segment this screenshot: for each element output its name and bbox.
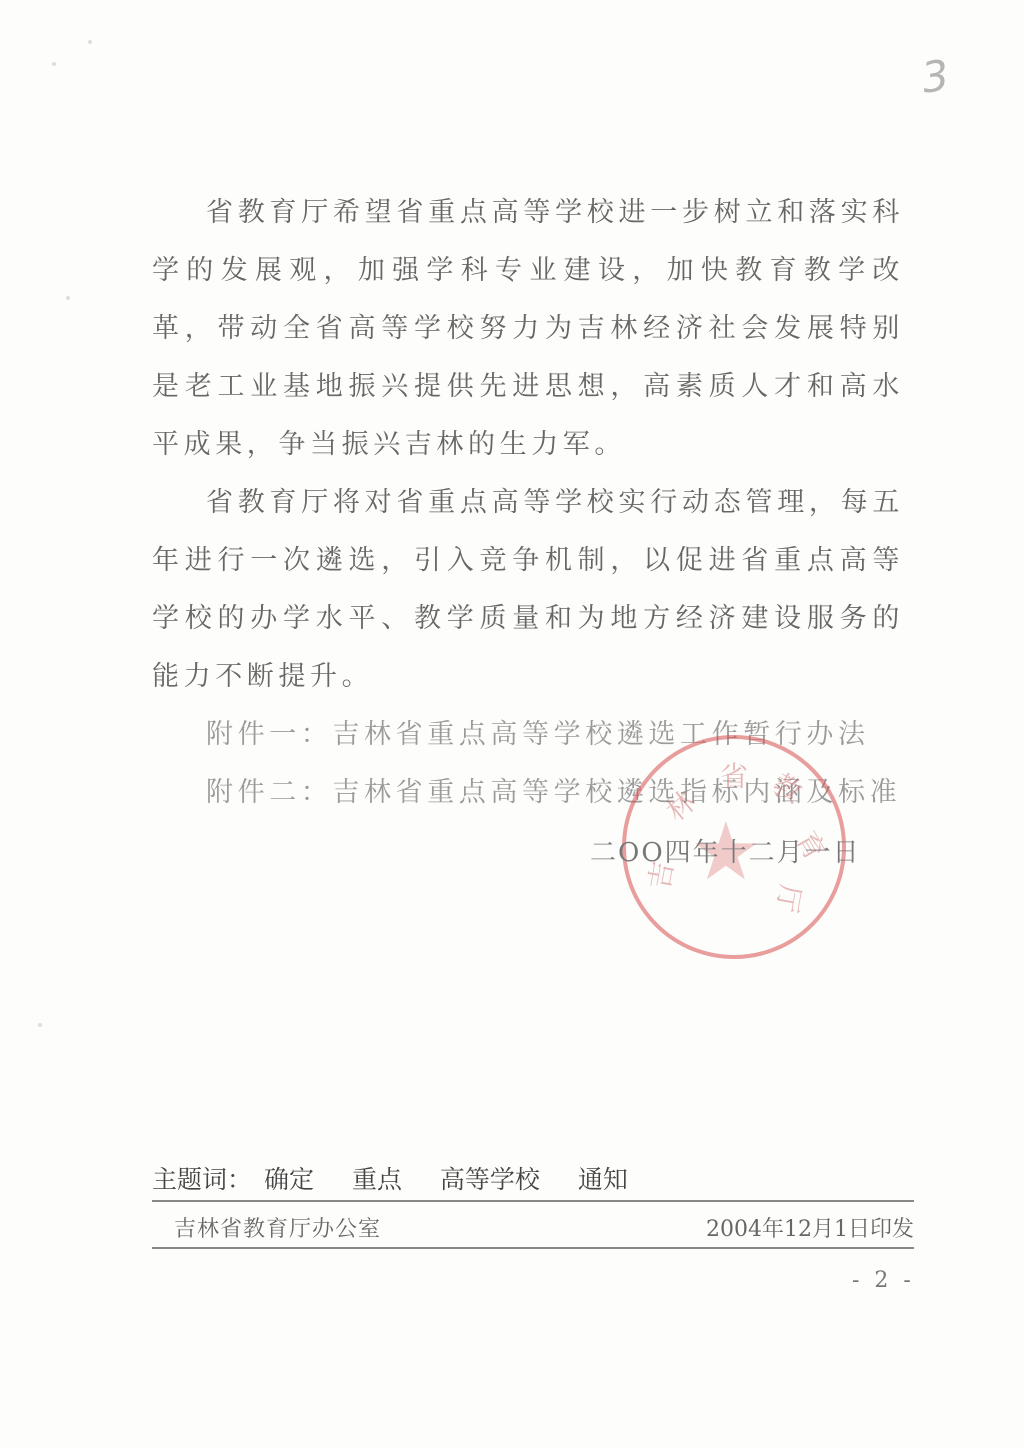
signature-date: 二OO四年十二月一日 <box>590 832 861 869</box>
scan-speck <box>88 40 92 44</box>
keyword-item: 确定 <box>264 1165 314 1194</box>
scan-speck <box>66 296 70 300</box>
scan-speck <box>52 62 56 66</box>
keyword-item: 重点 <box>352 1165 402 1194</box>
page-number: - 2 - <box>852 1268 915 1293</box>
handwritten-page-mark: 3 <box>919 50 952 102</box>
paragraph-2: 省教育厅将对省重点高等学校实行动态管理，每五年进行一次遴选，引入竞争机制，以促进… <box>152 474 904 706</box>
seal-char: 厅 <box>768 882 812 917</box>
document-body: 省教育厅希望省重点高等学校进一步树立和落实科学的发展观，加强学科专业建设，加快教… <box>152 184 904 822</box>
issue-date: 2004年12月1日印发 <box>706 1212 914 1243</box>
issuer-line: 吉林省教育厅办公室 2004年12月1日印发 <box>152 1212 914 1249</box>
paragraph-1: 省教育厅希望省重点高等学校进一步树立和落实科学的发展观，加强学科专业建设，加快教… <box>152 184 904 474</box>
seal-char: 教 <box>766 763 810 812</box>
issuing-office: 吉林省教育厅办公室 <box>152 1212 381 1243</box>
keywords-label: 主题词： <box>152 1165 252 1194</box>
keyword-item: 高等学校 <box>440 1165 540 1194</box>
keywords-line: 主题词： 确定 重点 高等学校 通知 <box>152 1160 914 1202</box>
seal-char: 省 <box>720 755 748 795</box>
scan-speck <box>38 1023 42 1027</box>
keyword-item: 通知 <box>578 1165 628 1194</box>
